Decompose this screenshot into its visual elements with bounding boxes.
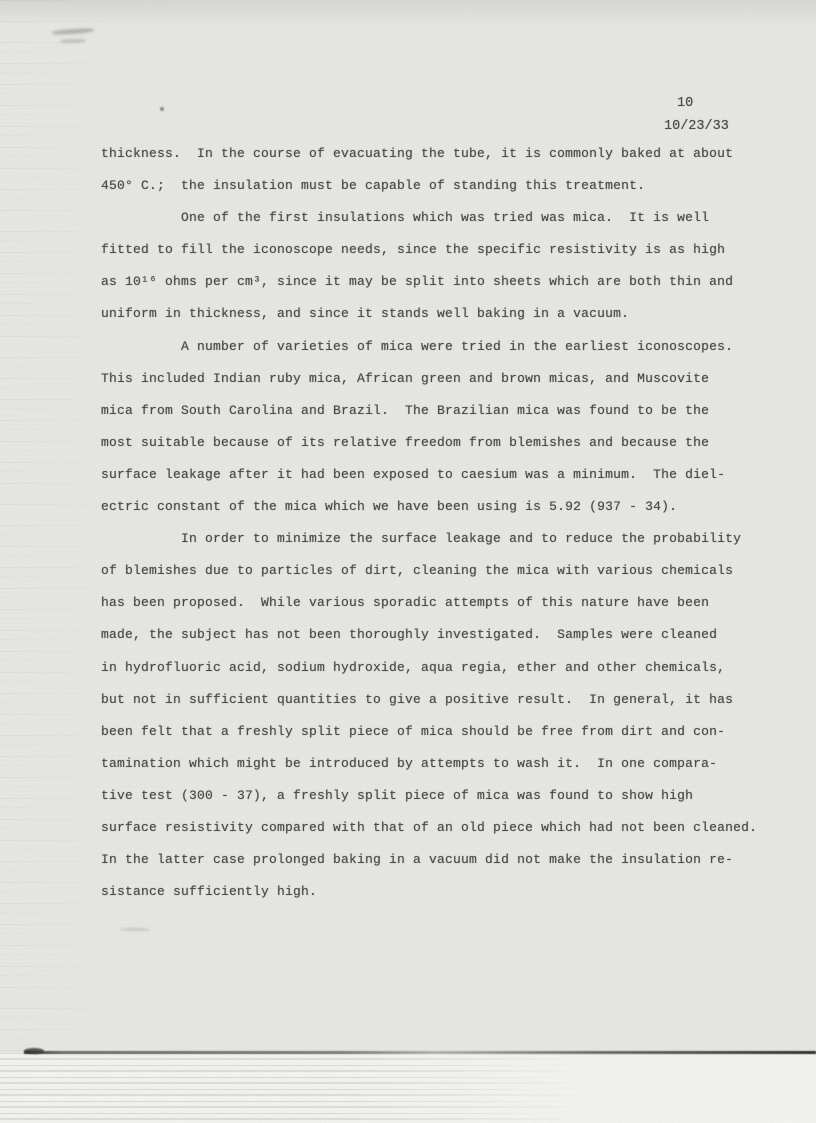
text-line: made, the subject has not been thoroughl…	[101, 627, 781, 659]
smudge-mark	[120, 928, 150, 931]
text-line: surface leakage after it had been expose…	[101, 467, 781, 499]
text-line: most suitable because of its relative fr…	[101, 435, 781, 467]
text-line: but not in sufficient quantities to give…	[101, 692, 781, 724]
scan-edge-line	[24, 1051, 816, 1054]
text-line: In order to minimize the surface leakage…	[101, 531, 781, 563]
text-line: One of the first insulations which was t…	[101, 210, 781, 242]
text-line: been felt that a freshly split piece of …	[101, 724, 781, 756]
scanner-bed-area	[0, 1053, 816, 1123]
text-line: 450° C.; the insulation must be capable …	[101, 178, 781, 210]
scanned-document-page: 10 10/23/33 thickness. In the course of …	[0, 0, 816, 1123]
text-line: in hydrofluoric acid, sodium hydroxide, …	[101, 660, 781, 692]
page-date: 10/23/33	[664, 119, 729, 134]
document-body: thickness. In the course of evacuating t…	[101, 146, 781, 916]
ink-speck	[160, 107, 164, 111]
text-line: A number of varieties of mica were tried…	[101, 339, 781, 371]
text-line: thickness. In the course of evacuating t…	[101, 146, 781, 178]
text-line: sistance sufficiently high.	[101, 884, 781, 916]
text-line: surface resistivity compared with that o…	[101, 820, 781, 852]
text-line: tive test (300 - 37), a freshly split pi…	[101, 788, 781, 820]
text-line: ectric constant of the mica which we hav…	[101, 499, 781, 531]
text-line: mica from South Carolina and Brazil. The…	[101, 403, 781, 435]
text-line: fitted to fill the iconoscope needs, sin…	[101, 242, 781, 274]
text-line: as 10¹⁶ ohms per cm³, since it may be sp…	[101, 274, 781, 306]
text-line: tamination which might be introduced by …	[101, 756, 781, 788]
text-line: has been proposed. While various sporadi…	[101, 595, 781, 627]
text-line: uniform in thickness, and since it stand…	[101, 306, 781, 338]
text-line: of blemishes due to particles of dirt, c…	[101, 563, 781, 595]
page-number: 10	[677, 96, 693, 111]
text-line: This included Indian ruby mica, African …	[101, 371, 781, 403]
text-line: In the latter case prolonged baking in a…	[101, 852, 781, 884]
scanner-bed-streaks	[0, 1053, 592, 1123]
